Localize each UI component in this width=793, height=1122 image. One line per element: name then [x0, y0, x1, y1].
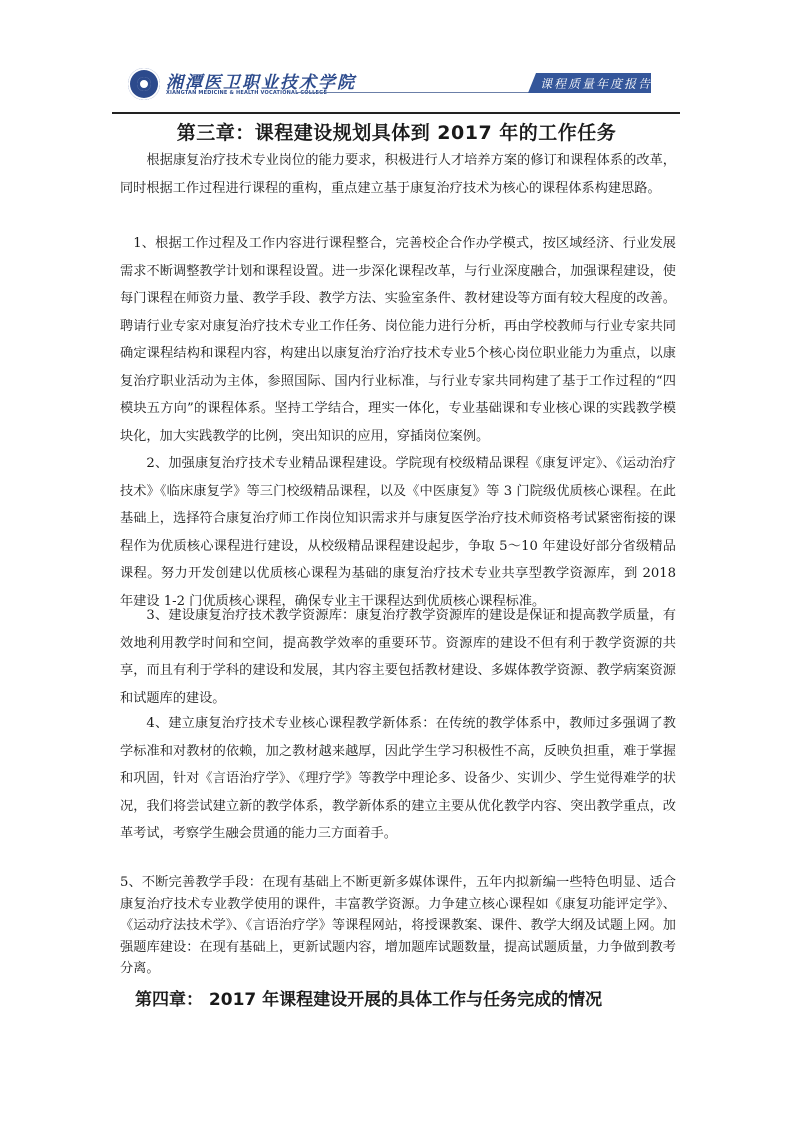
chapter-3-title: 第三章：课程建设规划具体到 2017 年的工作任务 — [0, 118, 793, 145]
chapter-3-item-1: 1、根据工作过程及工作内容进行课程整合，完善校企合作办学模式，按区域经济、行业发… — [120, 230, 676, 450]
chapter-3-item-4: 4、建立康复治疗技术专业核心课程教学新体系：在传统的教学体系中，教师过多强调了教… — [120, 710, 676, 848]
page-header: 湘潭医卫职业技术学院 XIANGTAN MEDICINE & HEALTH VO… — [128, 66, 672, 106]
chapter-3-item-2: 2、加强康复治疗技术专业精品课程建设。学院现有校级精品课程《康复评定》、《运动治… — [120, 450, 676, 615]
school-name-en: XIANGTAN MEDICINE & HEALTH VOCATIONAL CO… — [166, 90, 327, 96]
header-rule — [112, 112, 680, 114]
chapter-4-title: 第四章： 2017 年课程建设开展的具体工作与任务完成的情况 — [135, 985, 602, 1010]
chapter-3-intro: 根据康复治疗技术专业岗位的能力要求，积极进行人才培养方案的修订和课程体系的改革，… — [120, 147, 676, 202]
chapter-3-item-3: 3、建设康复治疗技术教学资源库：康复治疗教学资源库的建设是保证和提高教学质量，有… — [120, 602, 676, 712]
chapter-3-item-5: 5、不断完善教学手段：在现有基础上不断更新多媒体课件，五年内拟新编一些特色明显、… — [120, 872, 676, 980]
college-seal-logo-icon — [128, 68, 160, 100]
report-badge: 课程质量年度报告 — [540, 75, 652, 92]
